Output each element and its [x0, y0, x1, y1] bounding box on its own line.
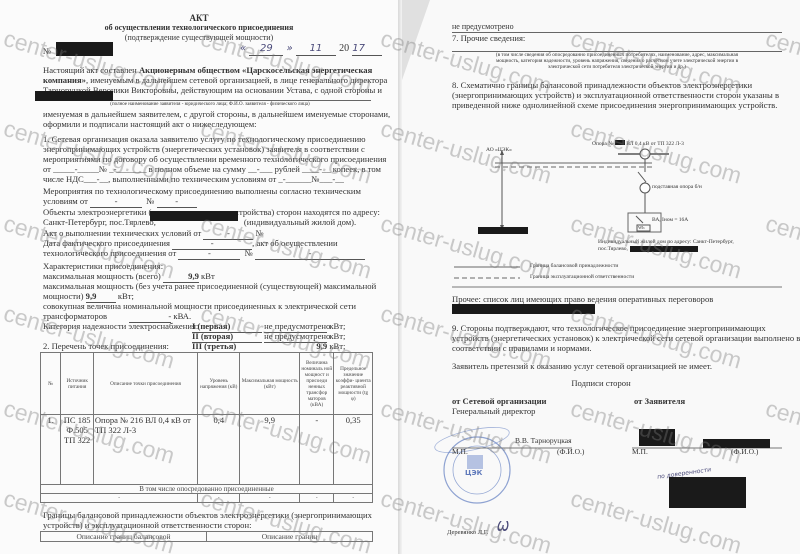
redacted-applicant-signature — [639, 429, 675, 446]
director-name: В.В. Тарноруцкая — [515, 436, 572, 447]
boundaries-text-1: Границы балансовой принадлежности объект… — [43, 510, 372, 521]
stamp-place-applicant: М.П. — [632, 447, 648, 458]
intro-end-1: именуемая в дальнейшем заявителем, с дру… — [43, 109, 390, 120]
section2-title: 2. Перечень точек присоединения: — [43, 341, 169, 352]
subtotal-label: В том числе опосредованно присоединенные — [41, 485, 373, 494]
intro-end-2: оформили и подписали настоящий акт о ниж… — [43, 119, 257, 130]
fio-applicant: (Ф.И.О.) — [731, 447, 758, 458]
act-title: АКТ — [0, 13, 398, 24]
executor-signature: Ѡ — [497, 520, 509, 535]
connection-points-table: № Источник питания Описание точки присое… — [40, 352, 373, 503]
act-page-1: АКТ об осуществлении технологического пр… — [0, 0, 398, 554]
characteristics-title: Характеристики присоединения: — [43, 261, 163, 272]
section1-line-1: 1. Сетевая организация оказала заявителю… — [43, 134, 366, 145]
redacted-address — [150, 211, 238, 221]
max-power-excl-1: максимальная мощность (без учета ранее п… — [43, 281, 376, 292]
intro-line-1: Настоящий акт составлен Акционерным обще… — [43, 65, 372, 76]
page-curl-shadow — [402, 0, 430, 80]
subtotal-row: - - - - - — [41, 494, 373, 503]
executor: Деревянко Л.Г. — [447, 528, 488, 539]
applicant-caption: (полное наименование заявителя - юридиче… — [100, 102, 320, 108]
act-number-label: № — [43, 46, 51, 57]
section1-line-2: энергопринимающих устройств (энергетичес… — [43, 144, 365, 155]
boundaries-table: Описание границ балансовойОписание грани… — [40, 531, 373, 542]
boundaries-text-2: устройств) и эксплуатационной ответствен… — [43, 520, 251, 531]
reliability-row-3: III (третья) 9,9 кВт; — [192, 341, 345, 353]
section1-line-4: от _____-_____№ _-_______ в полном объем… — [43, 164, 381, 175]
measures-line-1: Мероприятия по технологическому присоеди… — [43, 186, 361, 197]
redacted-proxy — [669, 477, 746, 508]
act-date: « 29 » 11 20 17 — [240, 44, 382, 56]
fio-network: (Ф.И.О.) — [557, 447, 584, 458]
tech-conn-line: технологического присоединения от - № - — [43, 248, 365, 260]
redacted-applicant-name — [35, 91, 113, 101]
redacted-act-number — [56, 42, 113, 56]
reliability-label: Категория надежности электроснабжения: — [43, 321, 198, 332]
transformer-total-1: совокупная величина номинальной мощности… — [43, 301, 356, 312]
company-stamp — [402, 0, 800, 554]
stamp-text: ЦЭК — [465, 470, 482, 476]
measures-line-2: условиям от - № - — [43, 196, 197, 208]
intro-line-2: компания», именуемым в дальнейшем сетево… — [43, 75, 387, 86]
stamp-place-network: М.П. — [452, 447, 468, 458]
table-row: 1. ПС 185 Ф.505 ТП 322 Опора № 216 ВЛ 0,… — [41, 415, 373, 485]
act-subtitle: об осуществлении технологического присое… — [0, 23, 398, 34]
section1-line-3: мероприятиями по договору об осуществлен… — [43, 154, 386, 165]
section1-line-5: числе НДС___-__, выполненными по техниче… — [43, 174, 344, 185]
act-page-2: не предусмотрено 7. Прочие сведения: (в … — [402, 0, 800, 554]
